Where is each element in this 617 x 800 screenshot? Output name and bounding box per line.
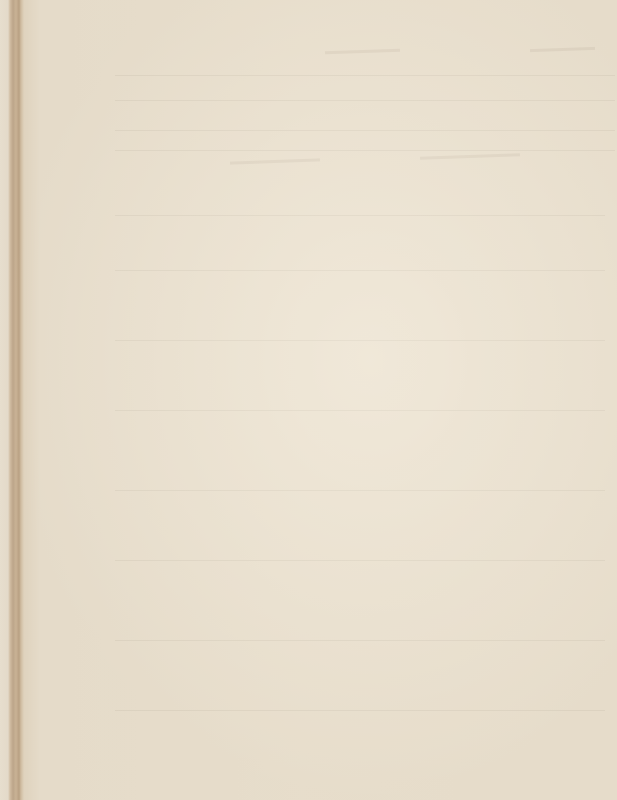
scanned-page: [0, 0, 617, 800]
paper-shading: [0, 0, 617, 800]
